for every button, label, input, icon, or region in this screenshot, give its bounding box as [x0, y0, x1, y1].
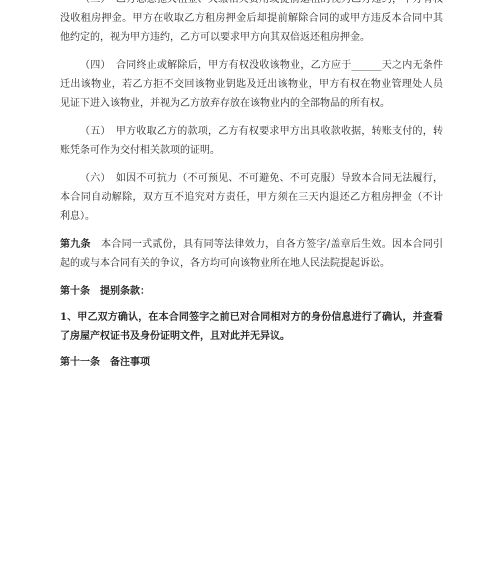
article-10-heading-paragraph: 第十条 提别条款：: [60, 282, 443, 301]
clause-4-line-2: 迁出该物业，若乙方拒不交回该物业钥匙及迁出该物业，甲方有权在物业管理处人员: [60, 75, 443, 94]
article-9-paragraph: 第九条 本合同一式贰份，具有同等法律效力，自各方签字/盖章后生效。因本合同引 起…: [60, 235, 443, 273]
clause-4-paragraph: （四） 合同终止或解除后，甲方有权没收该物业，乙方应于______天之内无条件 …: [60, 56, 443, 113]
clause-5-line-2: 账凭条可作为交付相关款项的证明。: [60, 141, 443, 160]
article-10-item-1-line-2: 了房屋产权证书及身份证明文件，且对此并无异议。: [60, 327, 443, 346]
clause-3-line-3: 他约定的，视为甲方违约，乙方可以要求甲方向其双倍返还租房押金。: [60, 28, 443, 47]
contract-text-content: （三） 乙方恶意拖欠租金、欠缴相关费用或提前退租的视为乙方违约，甲方有权 没收租…: [60, 0, 443, 372]
article-9-body-start: 本合同一式贰份，具有同等法律效力，自各方签字/盖章后生效。因本合同引: [101, 239, 443, 250]
article-10-item-1-paragraph: 1、甲乙双方确认，在本合同签字之前已对合同相对方的身份信息进行了确认，并查看 了…: [60, 308, 443, 346]
clause-5-paragraph: （五） 甲方收取乙方的款项，乙方有权要求甲方出具收款收据，转账支付的，转 账凭条…: [60, 122, 443, 160]
contract-document-page: （三） 乙方恶意拖欠租金、欠缴相关费用或提前退租的视为乙方违约，甲方有权 没收租…: [0, 0, 500, 565]
clause-5-line-1: （五） 甲方收取乙方的款项，乙方有权要求甲方出具收款收据，转账支付的，转: [60, 122, 443, 141]
clause-4-line-1: （四） 合同终止或解除后，甲方有权没收该物业，乙方应于______天之内无条件: [60, 56, 443, 75]
clause-6-line-3: 利息）。: [60, 207, 443, 226]
clause-6-paragraph: （六） 如因不可抗力（不可预见、不可避免、不可克服）导致本合同无法履行， 本合同…: [60, 169, 443, 226]
clause-3-line-2: 没收租房押金。甲方在收取乙方租房押金后却提前解除合同的或甲方违反本合同中其: [60, 9, 443, 28]
article-11-heading-paragraph: 第十一条 备注事项: [60, 353, 443, 372]
article-9-label: 第九条: [60, 239, 101, 250]
article-10-item-1-line-1: 1、甲乙双方确认，在本合同签字之前已对合同相对方的身份信息进行了确认，并查看: [60, 308, 443, 327]
clause-3-line-1: （三） 乙方恶意拖欠租金、欠缴相关费用或提前退租的视为乙方违约，甲方有权: [60, 0, 443, 9]
clause-6-line-1: （六） 如因不可抗力（不可预见、不可避免、不可克服）导致本合同无法履行，: [60, 169, 443, 188]
clause-3-paragraph: （三） 乙方恶意拖欠租金、欠缴相关费用或提前退租的视为乙方违约，甲方有权 没收租…: [60, 0, 443, 47]
clause-4-line-3: 见证下进入该物业，并视为乙方放弃存放在该物业内的全部物品的所有权。: [60, 94, 443, 113]
clause-6-line-2: 本合同自动解除，双方互不追究对方责任，甲方须在三天内退还乙方租房押金（不计: [60, 188, 443, 207]
article-10-heading: 第十条 提别条款：: [60, 282, 443, 301]
article-9-line-1: 第九条 本合同一式贰份，具有同等法律效力，自各方签字/盖章后生效。因本合同引: [60, 235, 443, 254]
article-9-line-2: 起的或与本合同有关的争议，各方均可向该物业所在地人民法院提起诉讼。: [60, 254, 443, 273]
article-11-heading: 第十一条 备注事项: [60, 353, 443, 372]
